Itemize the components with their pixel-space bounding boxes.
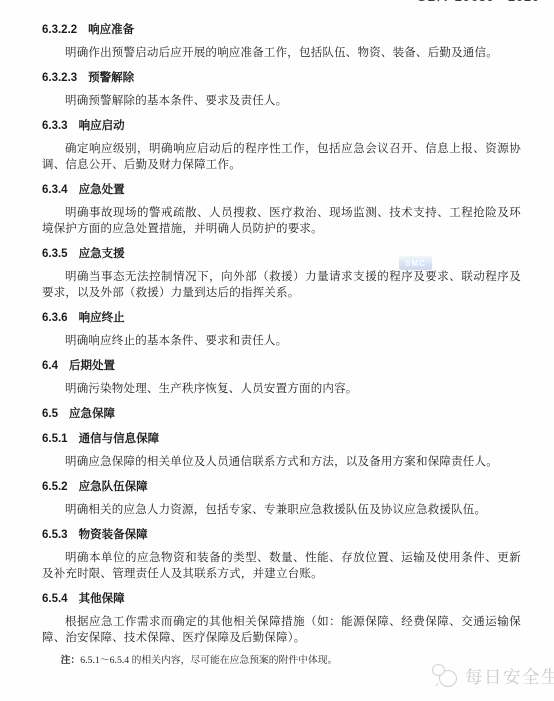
section-paragraph: 明确应急保障的相关单位及人员通信联系方式和方法，以及备用方案和保障责任人。 [42,454,521,470]
section-number: 6.4 [42,360,58,372]
section-paragraph: 明确污染物处理、生产秩序恢复、人员安置方面的内容。 [42,381,521,397]
section-title: 应急保障 [69,408,115,420]
section-title: 应急队伍保障 [79,481,148,493]
document-page: GB/T 29639—2020 6.3.2.2响应准备 明确作出预警启动后应开展… [0,0,554,701]
section-title: 响应准备 [88,24,134,36]
section-number: 6.5 [42,408,58,420]
section-number: 6.3.2.2 [42,24,77,36]
section-number: 6.3.4 [42,184,68,196]
section-number: 6.3.6 [42,312,68,324]
footer-watermark: 每日安全生产 [430,662,554,690]
section-title: 应急支援 [79,248,125,260]
section-paragraph: 确定响应级别，明确响应启动后的程序性工作，包括应急会议召开、信息上报、资源协调、… [42,141,521,173]
section-title: 其他保障 [79,593,125,605]
section-title: 物资装备保障 [79,529,148,541]
note-text: 6.5.1～6.5.4 的相关内容，尽可能在应急预案的附件中体现。 [80,655,337,666]
section-heading-6.3.4: 6.3.4应急处置 [42,182,521,198]
section-number: 6.5.4 [42,593,68,605]
section-number: 6.3.2.3 [42,72,77,84]
document-content: 6.3.2.2响应准备 明确作出预警启动后应开展的响应准备工作，包括队伍、物资、… [42,22,521,678]
section-paragraph: 明确预警解除的基本条件、要求及责任人。 [42,93,521,109]
scan-badge-text: SMC [405,259,426,268]
section-heading-6.5: 6.5应急保障 [42,406,521,422]
section-number: 6.5.1 [42,433,68,445]
section-paragraph: 明确事故现场的警戒疏散、人员搜救、医疗救治、现场监测、技术支持、工程抢险及环境保… [42,205,521,237]
doc-code: GB/T 29639—2020 [380,0,540,4]
note-label: 注： [61,655,81,666]
section-number: 6.3.5 [42,248,68,260]
section-heading-6.5.3: 6.5.3物资装备保障 [42,527,521,543]
section-heading-6.3.2.3: 6.3.2.3预警解除 [42,70,521,86]
section-number: 6.3.3 [42,120,68,132]
section-number: 6.5.2 [42,481,68,493]
section-heading-6.5.2: 6.5.2应急队伍保障 [42,479,521,495]
section-heading-6.5.4: 6.5.4其他保障 [42,591,521,607]
section-paragraph: 明确相关的应急人力资源，包括专家、专兼职应急救援队伍及协议应急救援队伍。 [42,502,521,518]
scan-badge-watermark: SMC [399,256,432,270]
section-title: 响应启动 [79,120,125,132]
section-heading-6.3.2.2: 6.3.2.2响应准备 [42,22,521,38]
section-title: 通信与信息保障 [79,433,160,445]
section-paragraph: 明确作出预警启动后应开展的响应准备工作，包括队伍、物资、装备、后勤及通信。 [42,45,521,61]
section-paragraph: 明确响应终止的基本条件、要求和责任人。 [42,333,521,349]
section-heading-6.3.6: 6.3.6响应终止 [42,310,521,326]
section-title: 预警解除 [88,72,134,84]
section-paragraph: 根据应急工作需求而确定的其他相关保障措施（如：能源保障、经费保障、交通运输保障、… [42,614,521,646]
section-title: 应急处置 [79,184,125,196]
section-paragraph: 明确当事态无法控制情况下，向外部（救援）力量请求支援的程序及要求、联动程序及要求… [42,269,521,301]
section-heading-6.3.3: 6.3.3响应启动 [42,118,521,134]
wechat-bubbles-icon [430,662,460,690]
doc-code-clipped: GB/T 29639—2020 [380,0,540,4]
section-number: 6.5.3 [42,529,68,541]
section-title: 响应终止 [79,312,125,324]
section-heading-6.3.5: 6.3.5应急支援 [42,246,521,262]
section-heading-6.4: 6.4后期处置 [42,358,521,374]
section-title: 后期处置 [69,360,115,372]
section-paragraph: 明确本单位的应急物资和装备的类型、数量、性能、存放位置、运输及使用条件、更新及补… [42,550,521,582]
footer-watermark-text: 每日安全生产 [465,664,554,689]
section-heading-6.5.1: 6.5.1通信与信息保障 [42,431,521,447]
